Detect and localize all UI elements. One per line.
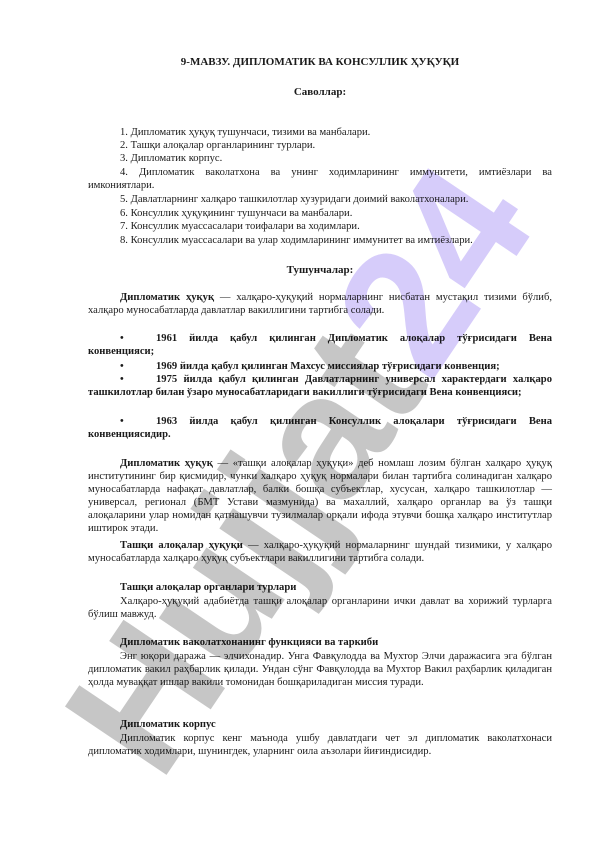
question-item: 6. Консуллик ҳуқуқининг тушунчаси ва ман… [120,208,352,221]
questions-heading: Саволлар: [88,86,552,99]
bullet-icon: • [120,374,156,387]
concepts-heading: Тушунчалар: [88,264,552,277]
definition-term: Дипломатик ҳуқуқ [120,458,213,469]
section-text: Дипломатик корпус кенг маънода ушбу давл… [88,733,552,759]
question-item: 3. Дипломатик корпус. [120,153,222,166]
bullet-text: 1975 йилда қабул қилинган Давлатларнинг … [88,374,552,398]
bullet-item: •1963 йилда қабул қилинган Консуллик ало… [88,416,552,442]
bullet-icon: • [120,361,156,374]
definition-paragraph: Дипломатик ҳуқуқ — халқаро-ҳуқуқий норма… [88,292,552,318]
bullet-text: 1961 йилда қабул қилинган Дипломатик ало… [88,333,552,357]
definition-paragraph: Ташқи алоқалар ҳуқуқи — халқаро-ҳуқуқий … [88,540,552,566]
question-item: 8. Консуллик муассасалари ва улар ходимл… [120,235,473,248]
question-item: 5. Давлатларнинг халқаро ташкилотлар хуз… [120,194,468,207]
bullet-icon: • [120,416,156,429]
section-heading: Дипломатик ваколатхонанинг функцияси ва … [88,637,552,650]
question-item: 2. Ташқи алоқалар органларининг турлари. [120,140,315,153]
section-heading: Дипломатик корпус [88,719,552,732]
definition-paragraph: Дипломатик ҳуқуқ — «ташқи алоқалар ҳуқуқ… [88,458,552,535]
section-text: Энг юқори даража — элчихонадир. Унга Фав… [88,651,552,690]
section-heading: Ташқи алоқалар органлари турлари [88,582,552,595]
definition-term: Дипломатик ҳуқуқ [120,292,214,303]
section-text: Халқаро-ҳуқуқий адабиётда ташқи алоқалар… [88,596,552,622]
bullet-item: •1961 йилда қабул қилинган Дипломатик ал… [88,333,552,359]
question-item: 1. Дипломатик ҳуқуқ тушунчаси, тизими ва… [120,127,370,140]
bullet-text: 1969 йилда қабул қилинган Махсус миссиял… [156,361,500,372]
bullet-item: •1969 йилда қабул қилинган Махсус миссия… [88,361,552,374]
bullet-icon: • [120,333,156,346]
question-item: 4. Дипломатик ваколатхона ва унинг ходим… [88,167,552,193]
bullet-text: 1963 йилда қабул қилинган Консуллик алоқ… [88,416,552,440]
bullet-item: •1975 йилда қабул қилинган Давлатларнинг… [88,374,552,400]
document-title: 9-МАВЗУ. ДИПЛОМАТИК ВА КОНСУЛЛИК ҲУҚУҚИ [88,56,552,69]
question-item: 7. Консуллик муассасалари тоифалари ва х… [120,221,360,234]
definition-text: — «ташқи алоқалар ҳуқуқи» деб номлаш лоз… [88,458,552,534]
definition-term: Ташқи алоқалар ҳуқуқи [120,540,243,551]
